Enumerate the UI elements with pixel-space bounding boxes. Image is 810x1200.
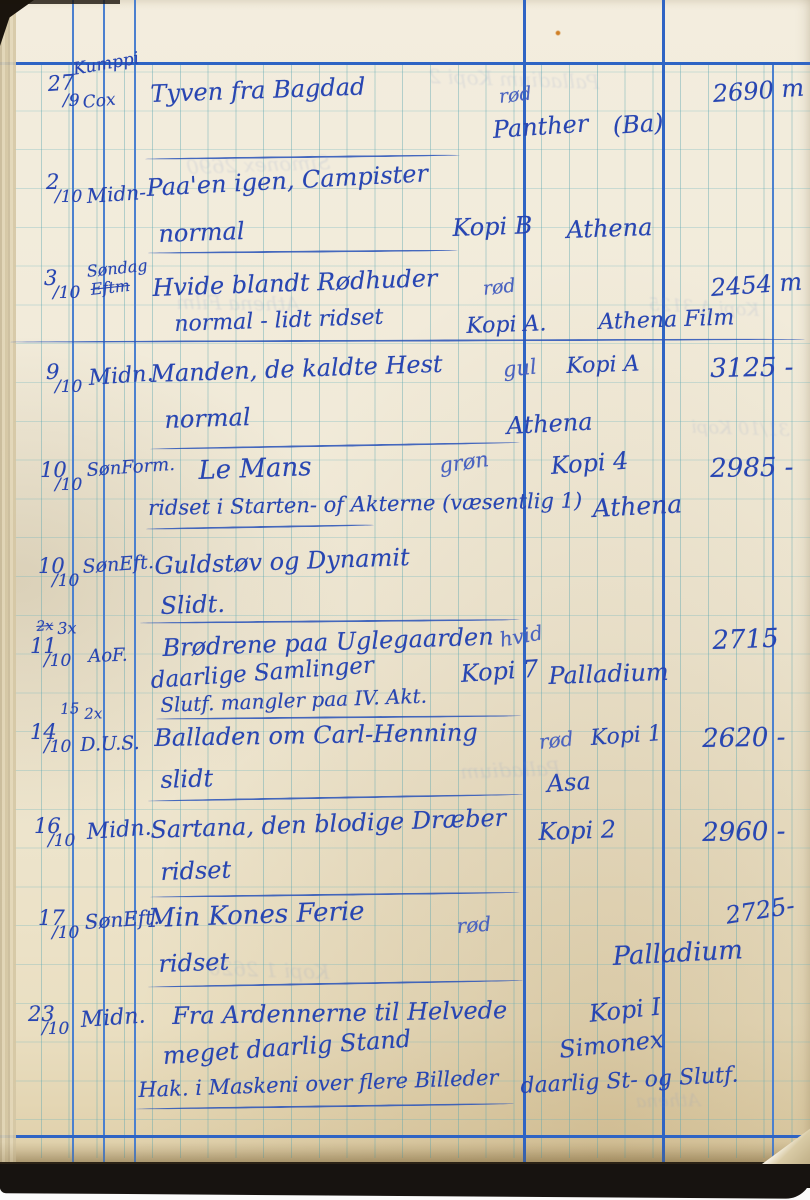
handwritten-condition-note: Slidt. (160, 592, 225, 618)
handwritten-condition-note: meget daarlig Stand (162, 1027, 412, 1068)
handwritten-distributor: Athena (566, 215, 653, 242)
handwritten-distributor: Athena (592, 491, 683, 521)
handwritten-date: /10 (52, 925, 79, 942)
handwritten-meters: 3125 - (710, 355, 794, 382)
handwritten-meters: 2985 - (710, 455, 794, 482)
handwritten-venue: SønForm. (86, 456, 176, 480)
handwritten-copy-note: Kopi 2 (538, 817, 616, 844)
handwritten-distributor: Athena (506, 409, 593, 437)
entry-underline (150, 442, 520, 450)
handwritten-condition-note: normal (164, 405, 251, 432)
handwritten-distributor: (Ba) (612, 110, 664, 137)
handwritten-distributor: Panther (492, 111, 589, 142)
handwritten-condition-note: Hak. i Maskeni over flere Billeder (138, 1067, 499, 1101)
handwritten-date: /10 (55, 189, 82, 206)
handwriting-layer: Kumppi27/9CoxTyven fra BagdadrødPanther(… (0, 0, 810, 1162)
ink-bleedthrough: 31/10 Kopi (691, 417, 790, 441)
ink-bleedthrough: Athena (636, 1090, 701, 1112)
handwritten-annotation: 3x (57, 620, 77, 637)
handwritten-film-title: Le Mans (198, 454, 312, 484)
handwritten-color-note: hvid (498, 622, 544, 649)
handwritten-venue: Cox (82, 92, 116, 112)
handwritten-color-note: gul (502, 356, 538, 380)
handwritten-venue: Midn. (80, 1005, 146, 1031)
entry-underline (136, 1103, 514, 1110)
handwritten-copy-note: Kopi B (452, 213, 533, 240)
handwritten-meters: 2620 - (702, 725, 786, 752)
entry-underline (10, 338, 805, 343)
ink-bleedthrough: Palladium Kopi 2 (428, 64, 600, 94)
handwritten-distributor: Palladium (612, 937, 744, 970)
ink-bleedthrough: Kopi 1 2620 (207, 956, 330, 984)
handwritten-copy-note: Kopi A. (466, 313, 547, 338)
handwritten-copy-note: Kopi 4 (550, 449, 629, 478)
handwritten-film-title: Manden, de kaldte Hest (150, 352, 443, 386)
handwritten-meters: 2725- (724, 893, 796, 928)
ink-bleedthrough: Athena Film (176, 290, 300, 316)
handwritten-color-note: rød (456, 914, 492, 936)
handwritten-distributor: Palladium (548, 660, 669, 688)
handwritten-film-title: Sartana, den blodige Dræber (150, 806, 507, 842)
handwritten-meters: 2960 - (702, 819, 786, 846)
handwritten-condition-note: slidt (160, 766, 213, 792)
handwritten-annotation: 2x (36, 619, 54, 634)
handwritten-copy-note: Kopi 7 (460, 657, 539, 686)
handwritten-meters: 2715 (712, 626, 779, 654)
handwritten-film-title: Tyven fra Bagdad (150, 74, 366, 105)
handwritten-venue: SønEft. (82, 553, 154, 577)
entry-underline (148, 979, 523, 988)
handwritten-date: /9 (63, 93, 80, 110)
handwritten-condition-note: ridset i Starten- of Akterne (væsentlig … (148, 490, 582, 519)
ledger-page: Kumppi27/9CoxTyven fra BagdadrødPanther(… (0, 0, 810, 1162)
handwritten-date: /10 (42, 1021, 69, 1038)
handwritten-film-title: Balladen om Carl-Henning (154, 720, 478, 750)
handwritten-venue: D.U.S. (80, 734, 140, 755)
ink-bleedthrough: Simonex 2690 (186, 150, 331, 179)
handwritten-date: /10 (53, 285, 80, 302)
handwritten-meters: 2690 m (712, 76, 805, 106)
handwritten-date: /10 (55, 379, 82, 396)
handwritten-copy-note: Kopi 1 (590, 723, 663, 750)
handwritten-venue: Eftm (90, 278, 131, 298)
handwritten-copy-note: Kopi A (566, 353, 640, 378)
handwritten-meters: 2454 m (710, 270, 803, 300)
handwritten-venue: AoF. (88, 647, 128, 666)
handwritten-annotation: 15 (60, 701, 80, 717)
handwritten-film-title: Guldstøv og Dynamit (154, 545, 410, 578)
handwritten-annotation: 2x (84, 706, 103, 722)
handwritten-date: /10 (52, 573, 79, 590)
handwritten-venue: Midn. (88, 363, 154, 389)
handwritten-color-note: rød (538, 728, 574, 751)
entry-underline (146, 524, 374, 530)
handwritten-copy-note: Kopi I (588, 994, 662, 1025)
ledger-book: Kumppi27/9CoxTyven fra BagdadrødPanther(… (0, 0, 810, 1188)
handwritten-condition-note: normal (158, 219, 245, 246)
handwritten-date: /10 (44, 739, 71, 756)
handwritten-date: /10 (48, 833, 75, 850)
handwritten-venue: Midn. (86, 817, 152, 843)
handwritten-condition-note: ridset (160, 858, 231, 884)
handwritten-color-note: grøn (438, 449, 490, 477)
entry-underline (148, 793, 523, 802)
handwritten-color-note: rød (482, 277, 516, 299)
handwritten-venue: Kumppi (72, 50, 141, 78)
handwritten-condition-note: daarlig St- og Slutf. (520, 1065, 739, 1098)
scanned-ledger-photo: Kumppi27/9CoxTyven fra BagdadrødPanther(… (0, 0, 810, 1200)
entry-underline (148, 249, 458, 254)
handwritten-film-title: Fra Ardennerne til Helvede (172, 998, 507, 1028)
handwritten-date: /10 (44, 653, 71, 670)
handwritten-distributor: Simonex (558, 1027, 664, 1062)
handwritten-venue: Midn- (86, 182, 147, 206)
handwritten-date: /10 (55, 477, 82, 494)
handwritten-film-title: Min Kones Ferie (148, 898, 365, 932)
ink-bleedthrough: Palladium (460, 756, 561, 783)
